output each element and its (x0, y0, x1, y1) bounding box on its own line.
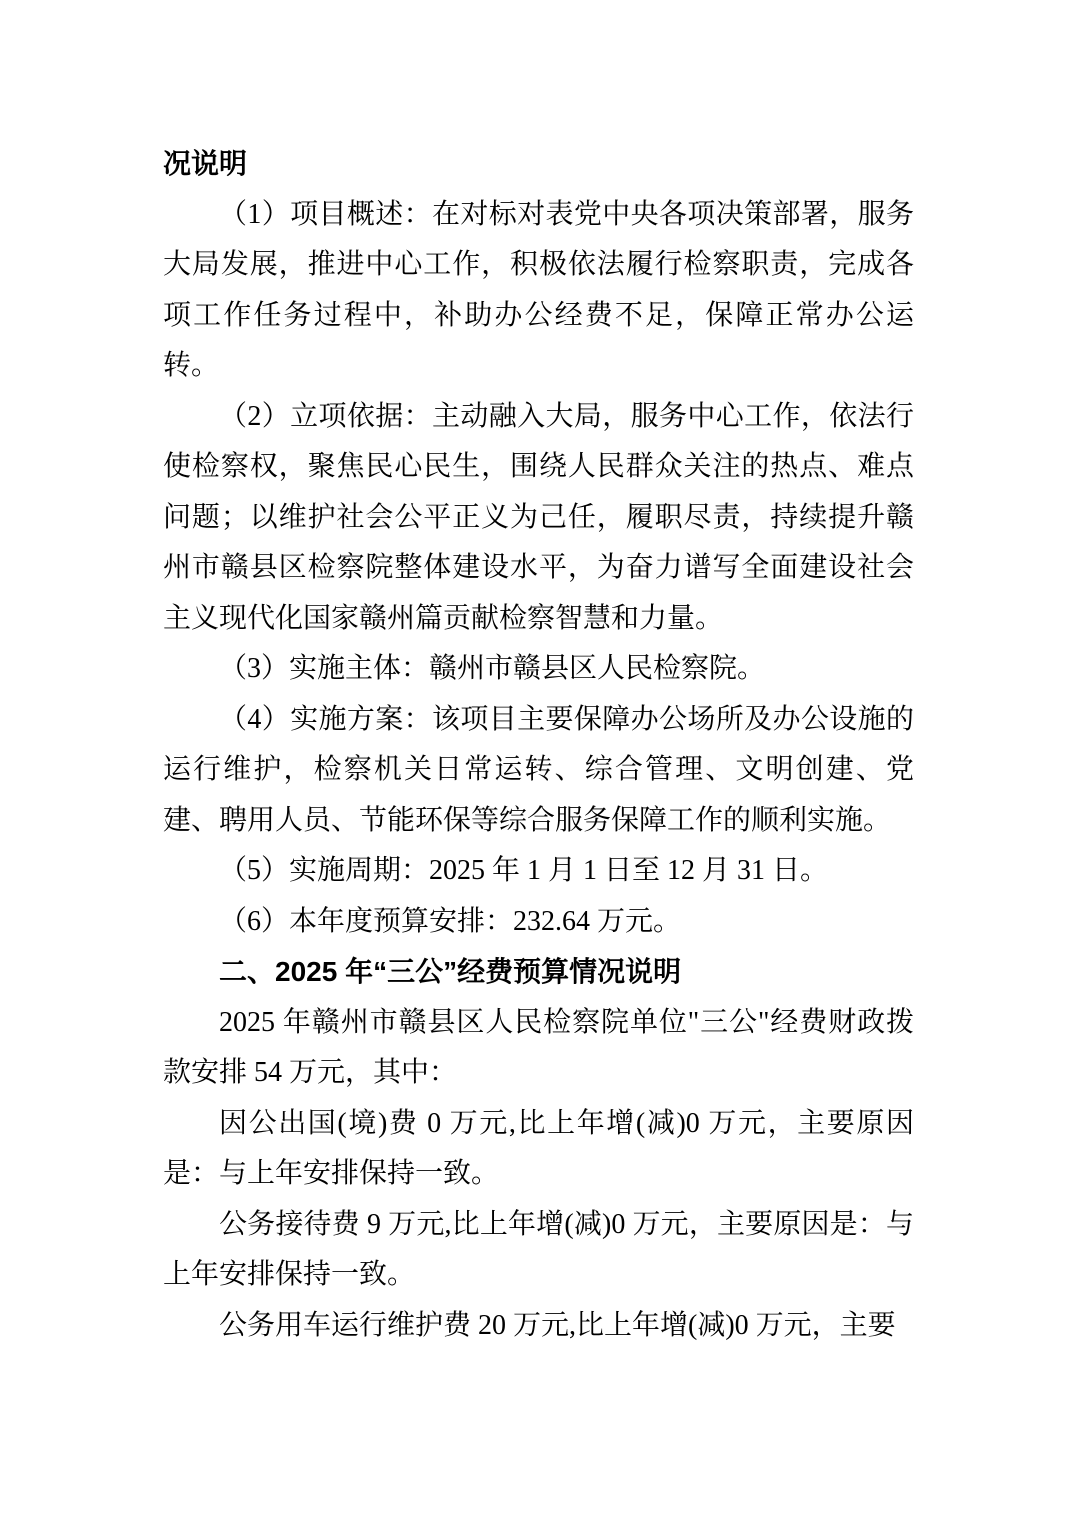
heading-continuation: 况说明 (163, 139, 914, 190)
para-project-basis: （2）立项依据：主动融入大局，服务中心工作，依法行使检察权，聚焦民心民生，围绕人… (163, 392, 914, 645)
para-annual-budget: （6）本年度预算安排：232.64 万元。 (163, 897, 914, 948)
para-official-vehicle-expense: 公务用车运行维护费 20 万元,比上年增(减)0 万元，主要 (163, 1301, 914, 1352)
para-three-public-total: 2025 年赣州市赣县区人民检察院单位"三公"经费财政拨款安排 54 万元，其中… (163, 998, 914, 1099)
para-implementation-plan: （4）实施方案：该项目主要保障办公场所及办公设施的运行维护，检察机关日常运转、综… (163, 695, 914, 847)
para-implementation-period: （5）实施周期：2025 年 1 月 1 日至 12 月 31 日。 (163, 846, 914, 897)
para-official-reception-expense: 公务接待费 9 万元,比上年增(减)0 万元，主要原因是：与上年安排保持一致。 (163, 1200, 914, 1301)
para-implementing-entity: （3）实施主体：赣州市赣县区人民检察院。 (163, 644, 914, 695)
para-overseas-travel-expense: 因公出国(境)费 0 万元,比上年增(减)0 万元，主要原因是：与上年安排保持一… (163, 1099, 914, 1200)
section-heading-three-public-funds: 二、2025 年“三公”经费预算情况说明 (163, 947, 914, 998)
para-project-overview: （1）项目概述：在对标对表党中央各项决策部署，服务大局发展，推进中心工作，积极依… (163, 190, 914, 392)
document-body: 况说明 （1）项目概述：在对标对表党中央各项决策部署，服务大局发展，推进中心工作… (163, 139, 914, 1351)
document-page: 况说明 （1）项目概述：在对标对表党中央各项决策部署，服务大局发展，推进中心工作… (0, 0, 1074, 1520)
